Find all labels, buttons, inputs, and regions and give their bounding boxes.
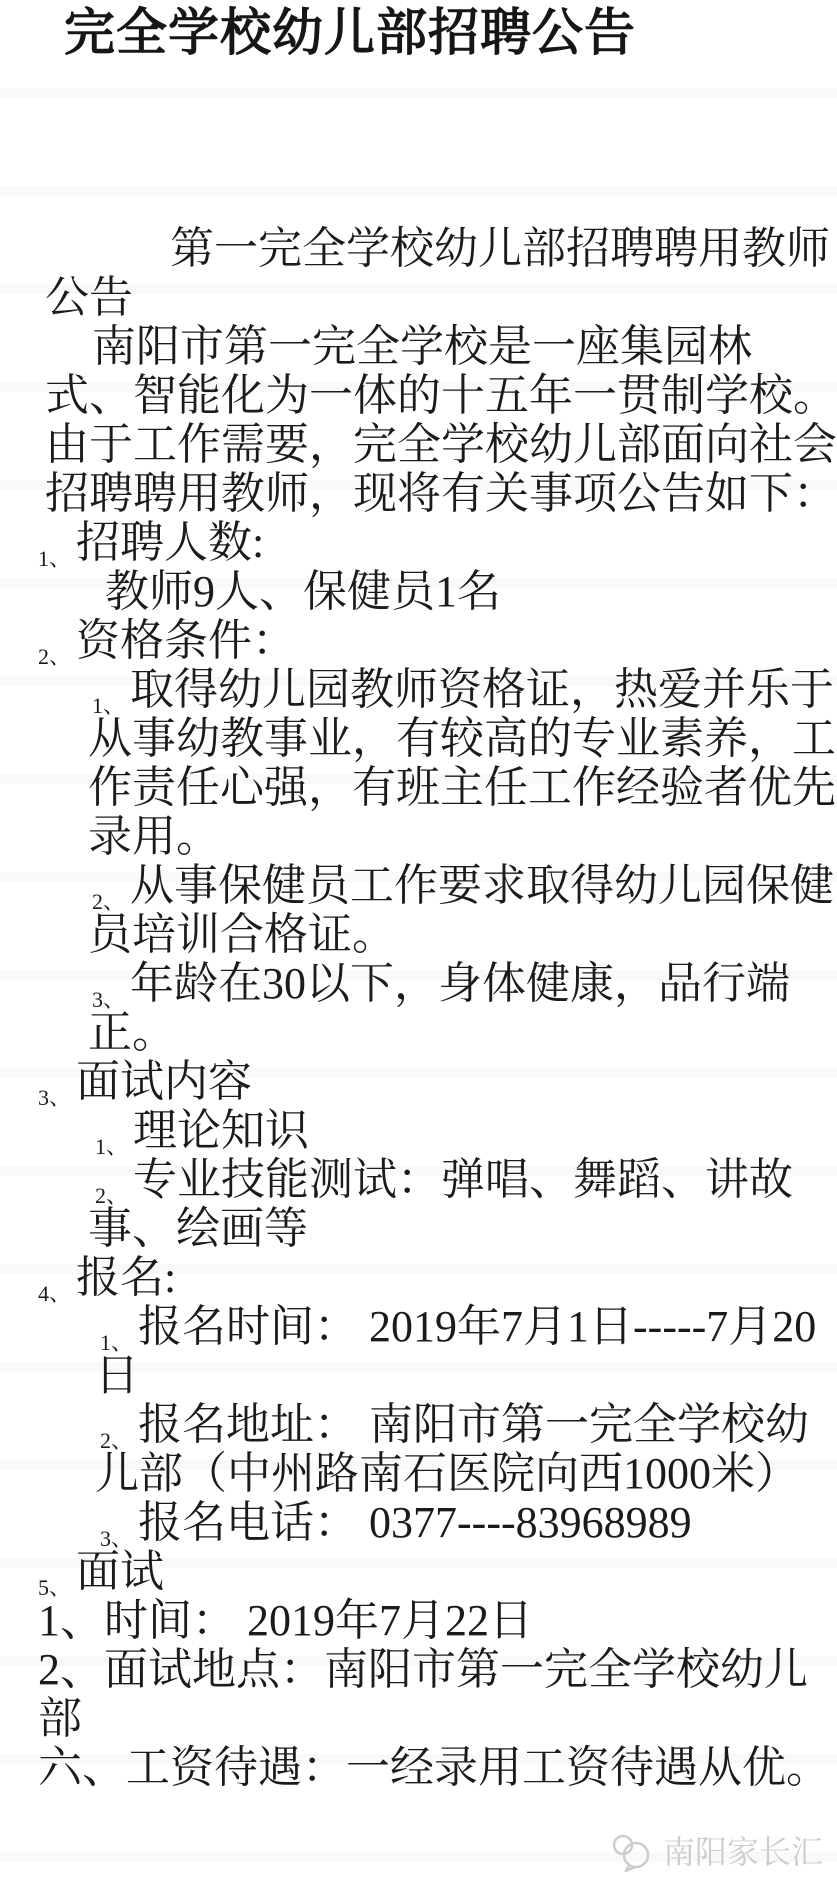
list-marker: 5、	[38, 1563, 71, 1612]
list-marker: 2、	[92, 877, 125, 926]
line-text: 公告	[45, 273, 133, 322]
text-line: 从事幼教事业，有较高的专业素养，工	[0, 714, 837, 763]
text-line: 公告	[0, 273, 837, 322]
text-line: 南阳市第一完全学校是一座集园林	[0, 322, 837, 371]
text-line: 招聘聘用教师，现将有关事项公告如下：	[0, 469, 837, 518]
text-line: 2、资格条件：	[0, 616, 837, 665]
line-text: 六、工资待遇：一经录用工资待遇从优。	[38, 1743, 830, 1792]
chat-bubble-logo-icon	[609, 1832, 655, 1872]
text-line: 3、年龄在30以下，身体健康，品行端	[0, 959, 837, 1008]
line-text: 员培训合格证。	[88, 910, 396, 959]
text-line: 第一完全学校幼儿部招聘聘用教师	[0, 224, 837, 273]
text-line: 六、工资待遇：一经录用工资待遇从优。	[0, 1743, 837, 1792]
line-text: 面试内容	[76, 1057, 252, 1106]
list-marker: 3、	[92, 975, 125, 1024]
text-line: 2、报名地址： 南阳市第一完全学校幼	[0, 1400, 837, 1449]
line-text: 从事保健员工作要求取得幼儿园保健	[130, 861, 834, 910]
line-text: 报名时间： 2019年7月1日-----7月20	[138, 1302, 816, 1351]
text-line: 式、智能化为一体的十五年一贯制学校。	[0, 371, 837, 420]
line-text: 由于工作需要，完全学校幼儿部面向社会	[45, 420, 837, 469]
text-line: 由于工作需要，完全学校幼儿部面向社会	[0, 420, 837, 469]
text-line: 1、时间： 2019年7月22日	[0, 1596, 837, 1645]
line-text: 年龄在30以下，身体健康，品行端	[130, 959, 790, 1008]
list-marker: 1、	[95, 1122, 128, 1171]
line-text: 部	[38, 1694, 82, 1743]
line-text: 招聘人数:	[76, 518, 264, 567]
line-text: 报名:	[76, 1253, 176, 1302]
watermark-label: 南阳家长汇	[663, 1833, 823, 1871]
text-line: 2、从事保健员工作要求取得幼儿园保健	[0, 861, 837, 910]
text-line: 4、报名:	[0, 1253, 837, 1302]
line-text: 1、时间： 2019年7月22日	[38, 1596, 533, 1645]
text-line: 录用。	[0, 812, 837, 861]
line-text: 资格条件：	[76, 616, 296, 665]
list-marker: 3、	[38, 1073, 71, 1122]
list-marker: 2、	[95, 1171, 128, 1220]
list-marker: 1、	[92, 681, 125, 730]
line-text: 招聘聘用教师，现将有关事项公告如下：	[45, 469, 837, 518]
list-marker: 1、	[38, 534, 71, 583]
text-line: 员培训合格证。	[0, 910, 837, 959]
text-line: 正。	[0, 1008, 837, 1057]
line-text: 专业技能测试：弹唱、舞蹈、讲故	[133, 1155, 793, 1204]
line-text: 理论知识	[133, 1106, 309, 1155]
text-line: 1、理论知识	[0, 1106, 837, 1155]
document-body: 第一完全学校幼儿部招聘聘用教师公告南阳市第一完全学校是一座集园林式、智能化为一体…	[0, 224, 837, 1792]
line-text: 从事幼教事业，有较高的专业素养，工	[88, 714, 836, 763]
text-line: 作责任心强，有班主任工作经验者优先	[0, 763, 837, 812]
list-marker: 1、	[100, 1318, 133, 1367]
text-line: 部	[0, 1694, 837, 1743]
line-text: 作责任心强，有班主任工作经验者优先	[88, 763, 836, 812]
text-line: 2、面试地点：南阳市第一完全学校幼儿	[0, 1645, 837, 1694]
line-text: 录用。	[88, 812, 220, 861]
text-line: 3、报名电话： 0377----83968989	[0, 1498, 837, 1547]
text-line: 3、面试内容	[0, 1057, 837, 1106]
line-text: 南阳市第一完全学校是一座集园林	[92, 322, 752, 371]
page-title: 完全学校幼儿部招聘公告	[64, 2, 636, 64]
list-marker: 3、	[100, 1514, 133, 1563]
text-line: 教师9人、保健员1名	[0, 567, 837, 616]
list-marker: 4、	[38, 1269, 71, 1318]
list-marker: 2、	[100, 1416, 133, 1465]
announcement-page: 完全学校幼儿部招聘公告 第一完全学校幼儿部招聘聘用教师公告南阳市第一完全学校是一…	[0, 0, 837, 1882]
line-text: 取得幼儿园教师资格证，热爱并乐于	[130, 665, 834, 714]
list-marker: 2、	[38, 632, 71, 681]
line-text: 教师9人、保健员1名	[105, 567, 501, 616]
text-line: 1、报名时间： 2019年7月1日-----7月20	[0, 1302, 837, 1351]
line-text: 报名地址： 南阳市第一完全学校幼	[138, 1400, 809, 1449]
line-text: 儿部（中州路南石医院向西1000米）	[95, 1449, 799, 1498]
text-line: 1、招聘人数:	[0, 518, 837, 567]
line-text: 第一完全学校幼儿部招聘聘用教师	[170, 224, 830, 273]
line-text: 报名电话： 0377----83968989	[138, 1498, 692, 1547]
watermark: 南阳家长汇	[609, 1832, 823, 1872]
text-line: 1、取得幼儿园教师资格证，热爱并乐于	[0, 665, 837, 714]
line-text: 式、智能化为一体的十五年一贯制学校。	[45, 371, 837, 420]
line-text: 2、面试地点：南阳市第一完全学校幼儿	[38, 1645, 808, 1694]
